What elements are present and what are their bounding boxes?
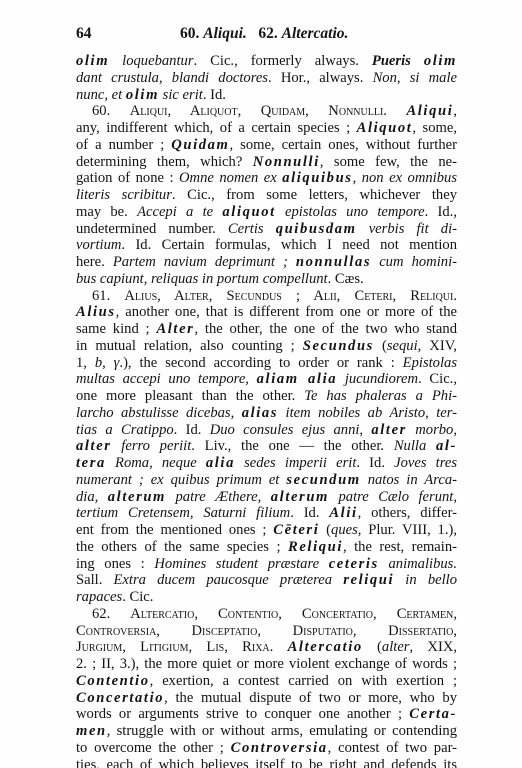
text-line: tias a Cratippo. Id. Duo consules ejus a… (76, 422, 457, 439)
page-body: olim loquebantur. Cic., formerly always.… (76, 53, 457, 768)
text-line: olim loquebantur. Cic., formerly always.… (76, 53, 457, 70)
text-line: same kind ; Alter, the other, the one of… (76, 321, 457, 338)
page-number: 64 (76, 25, 92, 43)
text-line: dia, alterum patre Æthere, alterum patre… (76, 489, 457, 506)
section-heading-61: 61. Alius, Alter, Secundus ; Alii, Ceter… (76, 288, 457, 305)
text-line: one more pleasant than the other. Te has… (76, 388, 457, 405)
text-line: larcho abstulisse dicebas, alias item no… (76, 405, 457, 422)
text-line: ties, each of which believes itself to b… (76, 757, 457, 768)
text-line: of a number ; Quidam, some, certain ones… (76, 137, 457, 154)
text-line: 2. ; II, 3.), the more quiet or more vio… (76, 656, 457, 673)
text-line: nunc, et olim sic erit. Id. (76, 87, 457, 104)
text-line: in mutual relation, also counting ; Secu… (76, 338, 457, 355)
section-heading-60: 60. Aliqui, Aliquot, Quidam, Nonnulli. A… (76, 103, 457, 120)
section-heading-62: 62. Altercatio, Contentio, Concertatio, … (76, 606, 457, 623)
text-line: undetermined number. Certis quibusdam ve… (76, 221, 457, 238)
text-line: any, indifferent which, of a certain spe… (76, 120, 457, 137)
text-line: determining them, which? Nonnulli, some … (76, 154, 457, 171)
text-line: alter ferro periit. Liv., the one — the … (76, 438, 457, 455)
text-line: dant crustula, blandi doctores. Hor., al… (76, 70, 457, 87)
text-line: 1, b, γ.), the second according to order… (76, 355, 457, 372)
book-page: 64 60. Aliqui. 62. Altercatio. olim loqu… (0, 0, 522, 768)
text-line: Alius, another one, that is different fr… (76, 304, 457, 321)
text-line: tera Roma, neque alia sedes imperii erit… (76, 455, 457, 472)
page-header: 64 60. Aliqui. 62. Altercatio. (76, 25, 457, 45)
text-line: vortium. Id. Certain formulas, which I n… (76, 237, 457, 254)
text-line: men, struggle with or without arms, emul… (76, 723, 457, 740)
text-line: multas accepi uno tempore, aliam alia ju… (76, 371, 457, 388)
text-line: Jurgium, Litigium, Lis, Rixa. Altercatio… (76, 639, 457, 656)
text-line: to overcome the other ; Controversia, co… (76, 740, 457, 757)
text-line: tertium Cretensem, Saturni filium. Id. A… (76, 505, 457, 522)
running-head: 60. Aliqui. 62. Altercatio. (180, 25, 348, 43)
text-line: bus capiunt, reliquas in portum compellu… (76, 271, 457, 288)
text-line: literis scribitur. Cic., from some lette… (76, 187, 457, 204)
text-line: ing ones : Homines student præstare cete… (76, 556, 457, 573)
text-line: rapaces. Cic. (76, 589, 457, 606)
text-line: Sall. Extra ducem paucosque præterea rel… (76, 572, 457, 589)
text-line: Controversia, Disceptatio, Disputatio, D… (76, 623, 457, 640)
text-line: Contentio, exertion, a contest carried o… (76, 673, 457, 690)
text-line: numerant ; ex quibus primum et secundum … (76, 472, 457, 489)
text-line: words or arguments strive to conquer one… (76, 706, 457, 723)
text-line: the others of the same species ; Reliqui… (76, 539, 457, 556)
text-line: here. Partem navium deprimunt ; nonnulla… (76, 254, 457, 271)
text-line: Concertatio, the mutual dispute of two o… (76, 690, 457, 707)
text-line: may be. Accepi a te aliquot epistolas un… (76, 204, 457, 221)
text-line: ent from the mentioned ones ; Cēteri (qu… (76, 522, 457, 539)
text-line: gation of none : Omne nomen ex aliquibus… (76, 170, 457, 187)
